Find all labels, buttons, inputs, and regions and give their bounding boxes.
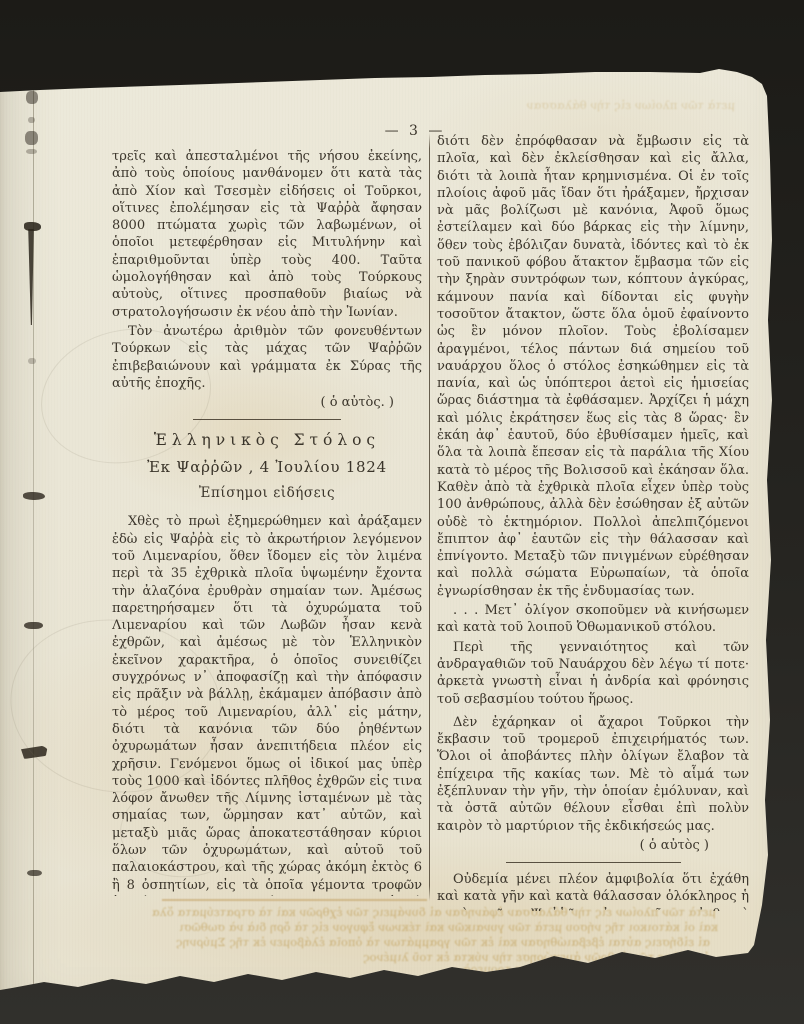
paragraph-next-moves: . . . Μετ᾽ ὀλίγον σκοποῦμεν νὰ κινήσωμεν…	[437, 602, 749, 637]
section-divider-rule	[193, 419, 341, 420]
left-column: τρεῖς καὶ ἀπεσταλμένοι τῆς νήσου ἐκείνης…	[112, 148, 422, 896]
stitch-mark	[26, 79, 35, 85]
right-column: διότι δὲν ἐπρόφθασαν νὰ ἔμβωσιν εἰς τὰ π…	[437, 133, 749, 911]
scan-background: μετὰ τῶν πλοίων εἰς τὴν θάλασσαν μετὰ τῶ…	[0, 0, 804, 1024]
section-divider-rule-right	[506, 862, 681, 863]
paragraph-naval-battle: διότι δὲν ἐπρόφθασαν νὰ ἔμβωσιν εἰς τὰ π…	[437, 133, 749, 600]
paragraph-confirmation-letters: Τὸν ἀνωτέρω ἀριθμὸν τῶν φονευθέντων Τούρ…	[112, 323, 422, 392]
section-subtitle-official-news: Ἐπίσημοι εἰδήσεις	[112, 485, 422, 502]
attribution-signature: ( ὁ αὐτὸς. )	[112, 394, 422, 411]
paragraph-turkish-casualties: τρεῖς καὶ ἀπεσταλμένοι τῆς νήσου ἐκείνης…	[112, 148, 422, 321]
paragraph-landing-report: Χθὲς τὸ πρωὶ ἐξημερώθημεν καὶ ἀράξαμεν ἐ…	[112, 513, 422, 896]
attribution-signature-right: ( ὁ αὐτὸς )	[437, 837, 749, 854]
column-divider-rule	[429, 133, 430, 901]
paragraph-no-doubt: Οὐδεμία μένει πλέον ἀμφιβολία ὅτι ἐχάθη …	[437, 871, 749, 911]
printed-page-content: — 3 — τρεῖς καὶ ἀπεσταλμένοι τῆς νήσου ἐ…	[0, 0, 804, 1024]
paper-sheet: μετὰ τῶν πλοίων εἰς τὴν θάλασσαν μετὰ τῶ…	[0, 0, 804, 1024]
section-title-greek-fleet: Ἑλληνικὸς Στόλος	[112, 432, 422, 449]
paragraph-enemy-defeat: Δὲν ἐχάρηκαν οἱ ἄχαροι Τοῦρκοι τὴν ἔκβασ…	[437, 714, 749, 835]
paragraph-admiral-praise: Περὶ τῆς γενναιότητος καὶ τῶν ἀνδραγαθιῶ…	[437, 639, 749, 708]
section-dateline: Ἐκ Ψαῤῥῶν , 4 Ἰουλίου 1824	[112, 459, 422, 476]
